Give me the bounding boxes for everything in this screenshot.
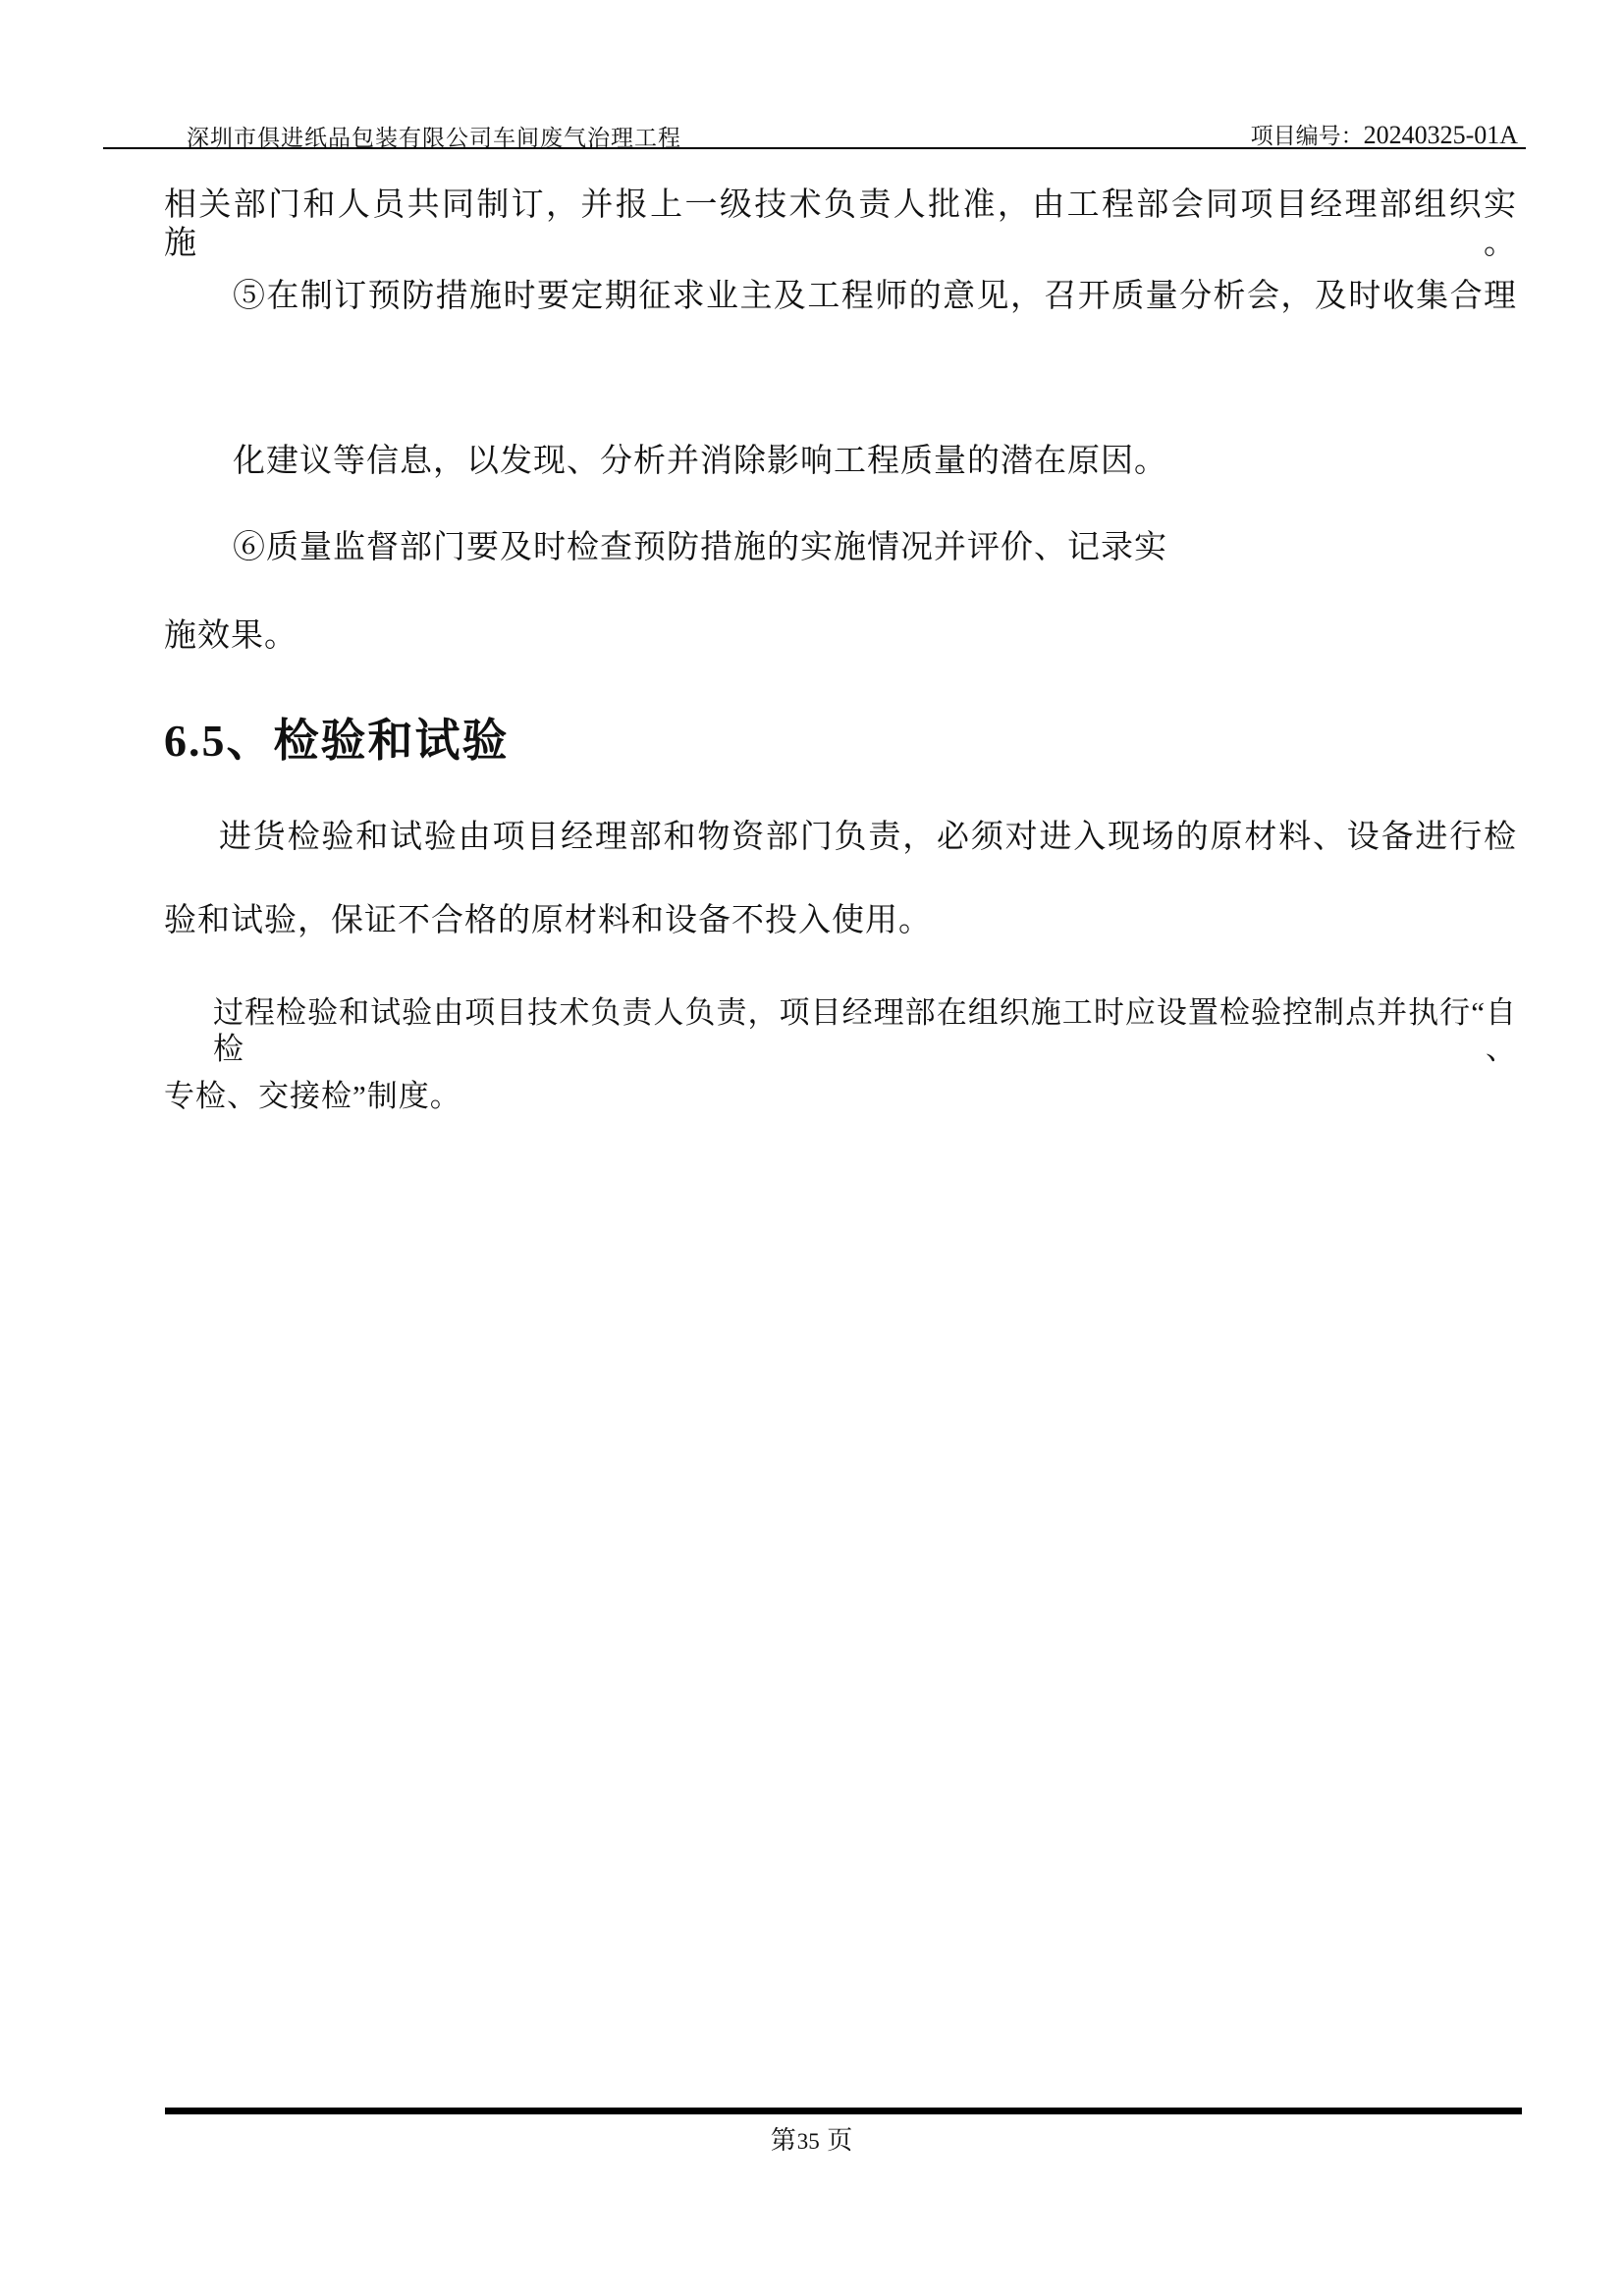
item5-line2: 化建议等信息，以发现、分析并消除影响工程质量的潜在原因。 <box>164 443 1517 481</box>
footer-page-number: 35 <box>797 2129 820 2154</box>
header-project-number: 项目编号：20240325-01A <box>1251 118 1518 150</box>
footer-rule <box>165 2108 1522 2114</box>
footer-page-prefix: 第 <box>771 2126 797 2155</box>
footer-page-suffix: 页 <box>827 2126 853 2155</box>
process-inspection-line1: 过程检验和试验由项目技术负责人负责，项目经理部在组织施工时应设置检验控制点并执行… <box>164 995 1517 1067</box>
item6-line1: ⑥质量监督部门要及时检查预防措施的实施情况并评价、记录实 <box>164 529 1517 567</box>
paragraph-continuation-line: 相关部门和人员共同制订，并报上一级技术负责人批准，由工程部会同项目经理部组织实施… <box>164 187 1517 263</box>
header-rule <box>103 147 1526 149</box>
document-page: 深圳市俱进纸品包装有限公司车间废气治理工程 项目编号：20240325-01A … <box>0 0 1624 2296</box>
project-number-label: 项目编号： <box>1251 124 1364 148</box>
incoming-inspection-line2: 验和试验，保证不合格的原材料和设备不投入使用。 <box>164 902 1517 940</box>
page-footer: 第35 页 <box>0 2120 1624 2157</box>
item6-line2: 施效果。 <box>164 617 1517 656</box>
process-inspection-line2: 专检、交接检”制度。 <box>164 1079 1517 1115</box>
project-number-value: 20240325-01A <box>1364 121 1518 149</box>
section-heading: 6.5、检验和试验 <box>164 705 510 770</box>
item5-line1: ⑤在制订预防措施时要定期征求业主及工程师的意见，召开质量分析会，及时收集合理 <box>164 278 1517 316</box>
incoming-inspection-line1: 进货检验和试验由项目经理部和物资部门负责，必须对进入现场的原材料、设备进行检 <box>164 819 1517 857</box>
